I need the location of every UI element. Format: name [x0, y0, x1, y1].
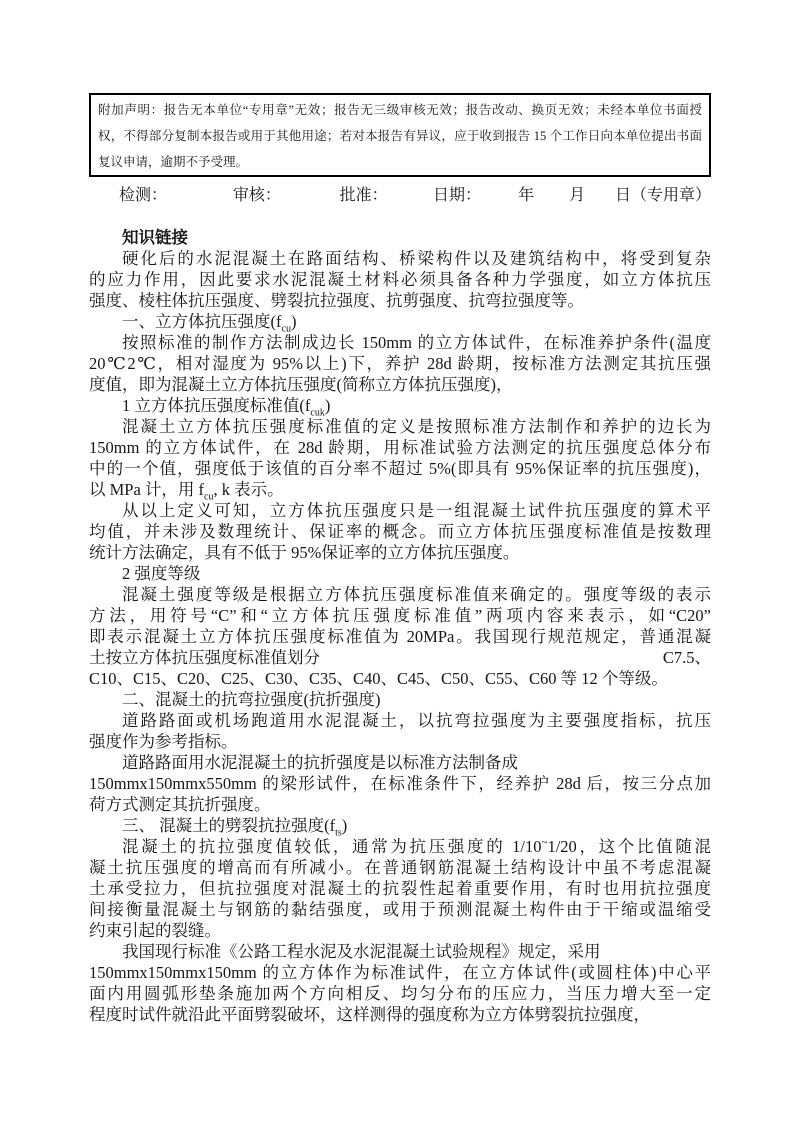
- sign-label-approve: 批准：: [340, 185, 388, 206]
- paragraph-line: 我国现行标准《公路工程水泥及水泥混凝土试验规程》规定，采用: [89, 941, 711, 962]
- text-run: 以 MPa 计，用 f: [89, 480, 204, 499]
- paragraph-line: 程度时试件就沿此平面劈裂破坏，这样测得的强度称为立方体劈裂抗拉强度，: [89, 1004, 711, 1025]
- disclaimer-line: 附加声明：报告无本单位“专用章”无效；报告无三级审核无效；报告改动、换页无效；未…: [98, 97, 702, 123]
- text-run: , k 表示。: [214, 480, 284, 499]
- paragraph-line: 从以上定义可知，立方体抗压强度只是一组混凝土试件抗压强度的算术平: [89, 500, 711, 521]
- paragraph-line: 均值，并未涉及数理统计、保证率的概念。而立方体抗压强度标准值是按数理: [89, 521, 711, 542]
- split-left-text: 土按立方体抗压强度标准值划分: [89, 647, 320, 668]
- grade-classification-line: 土按立方体抗压强度标准值划分C7.5、: [89, 647, 711, 668]
- paragraph-line: 以 MPa 计，用 fcu, k 表示。: [89, 479, 711, 500]
- paragraph-line: 强度作为参考指标。: [89, 731, 711, 752]
- paragraph-line: 中的一个值，强度低于该值的百分率不超过 5%(即具有 95%保证率的抗压强度)，: [89, 458, 711, 479]
- paragraph-line: 混凝土的抗拉强度值较低，通常为抗压强度的 1/10~1/20，这个比值随混: [89, 836, 711, 857]
- paragraph-line: 150mmx150mmx550mm 的梁形试件，在标准条件下，经养护 28d 后…: [89, 773, 711, 794]
- text-run: 混凝土的抗拉强度值较低，通常为抗压强度的 1/10: [122, 837, 542, 856]
- paragraph-line: 土承受拉力，但抗拉强度对混凝土的抗裂性起着重要作用，有时也用抗拉强度: [89, 878, 711, 899]
- text-run: 一、立方体抗压强度(f: [122, 312, 282, 331]
- disclaimer-line: 复议申请，逾期不予受理。: [98, 149, 702, 175]
- sign-label-day-seal: 日（专用章）: [615, 185, 711, 206]
- knowledge-body: 知识链接硬化后的水泥混凝土在路面结构、桥梁构件以及建筑结构中，将受到复杂的应力作…: [89, 227, 711, 1025]
- paragraph-line: 道路路面用水泥混凝土的抗折强度是以标准方法制备成: [89, 752, 711, 773]
- paragraph-line: 按照标准的制作方法制成边长 150mm 的立方体试件，在标准养护条件(温度: [89, 332, 711, 353]
- paragraph-line: C10、C15、C20、C25、C30、C35、C40、C45、C50、C55、…: [89, 668, 711, 689]
- paragraph-line: 强度、棱柱体抗压强度、劈裂抗拉强度、抗剪强度、抗弯拉强度等。: [89, 290, 711, 311]
- sign-label-year: 年: [518, 185, 534, 206]
- text-run: 1/20，这个比值随混: [547, 837, 711, 856]
- paragraph-line: 硬化后的水泥混凝土在路面结构、桥梁构件以及建筑结构中，将受到复杂: [89, 248, 711, 269]
- paragraph-line: 混凝土立方体抗压强度标准值的定义是按照标准方法制作和养护的边长为: [89, 416, 711, 437]
- split-right-text: C7.5、: [663, 647, 711, 668]
- paragraph-line: 150mmx150mmx150mm 的立方体作为标准试件，在立方体试件(或圆柱体…: [89, 962, 711, 983]
- paragraph-line: 即表示混凝土立方体抗压强度标准值为 20MPa。我国现行规范规定，普通混凝: [89, 626, 711, 647]
- sign-row: 检测： 审核： 批准： 日期： 年 月 日（专用章）: [89, 185, 711, 206]
- paragraph-line: 荷方式测定其抗折强度。: [89, 794, 711, 815]
- page-content: 附加声明：报告无本单位“专用章”无效；报告无三级审核无效；报告改动、换页无效；未…: [89, 93, 711, 1025]
- text-run: ): [342, 816, 348, 835]
- paragraph-line: 凝土抗压强度的增高而有所减小。在普通钢筋混凝土结构设计中虽不考虑混凝: [89, 857, 711, 878]
- paragraph-line: 间接衡量混凝土与钢筋的黏结强度，或用于预测混凝土构件由于干缩或温缩受: [89, 899, 711, 920]
- paragraph-line: 混凝土强度等级是根据立方体抗压强度标准值来确定的。强度等级的表示: [89, 584, 711, 605]
- text-run: ): [325, 396, 331, 415]
- knowledge-link-heading: 知识链接: [89, 227, 711, 248]
- disclaimer-line: 权，不得部分复制本报告或用于其他用途；若对本报告有异议，应于收到报告 15 个工…: [98, 123, 702, 149]
- text-run: 三、 混凝土的劈裂抗拉强度(f: [122, 816, 335, 835]
- sign-label-date: 日期：: [433, 185, 481, 206]
- sign-label-review: 审核：: [233, 185, 281, 206]
- text-run: ): [291, 312, 297, 331]
- paragraph-line: 面内用圆弧形垫条施加两个方向相反、均匀分布的压应力，当压力增大至一定: [89, 983, 711, 1004]
- paragraph-line: 的应力作用，因此要求水泥混凝土材料必须具备各种力学强度，如立方体抗压: [89, 269, 711, 290]
- paragraph-line: 道路路面或机场跑道用水泥混凝土，以抗弯拉强度为主要强度指标，抗压: [89, 710, 711, 731]
- paragraph-line: 方法，用符号“C”和“立方体抗压强度标准值”两项内容来表示，如“C20”: [89, 605, 711, 626]
- disclaimer-box: 附加声明：报告无本单位“专用章”无效；报告无三级审核无效；报告改动、换页无效；未…: [89, 93, 711, 177]
- sign-label-month: 月: [569, 185, 585, 206]
- subsection-2-heading: 2 强度等级: [89, 563, 711, 584]
- section-2-heading: 二、混凝土的抗弯拉强度(抗折强度): [89, 689, 711, 710]
- paragraph-line: 统计方法确定，具有不低于 95%保证率的立方体抗压强度。: [89, 542, 711, 563]
- paragraph-line: 度值，即为混凝土立方体抗压强度(简称立方体抗压强度)，: [89, 374, 711, 395]
- page: { "page": { "background": "#ffffff", "in…: [0, 0, 800, 1131]
- subsection-1-heading: 1 立方体抗压强度标准值(fcuk): [89, 395, 711, 416]
- section-3-heading: 三、 混凝土的劈裂抗拉强度(fts): [89, 815, 711, 836]
- section-1-heading: 一、立方体抗压强度(fcu): [89, 311, 711, 332]
- paragraph-line: 约束引起的裂缝。: [89, 920, 711, 941]
- text-run: 1 立方体抗压强度标准值(f: [122, 396, 310, 415]
- sign-label-test: 检测：: [119, 185, 167, 206]
- paragraph-line: 150mm 的立方体试件，在 28d 龄期，用标准试验方法测定的抗压强度总体分布: [89, 437, 711, 458]
- paragraph-line: 20℃2℃，相对湿度为 95%以上)下，养护 28d 龄期，按标准方法测定其抗压…: [89, 353, 711, 374]
